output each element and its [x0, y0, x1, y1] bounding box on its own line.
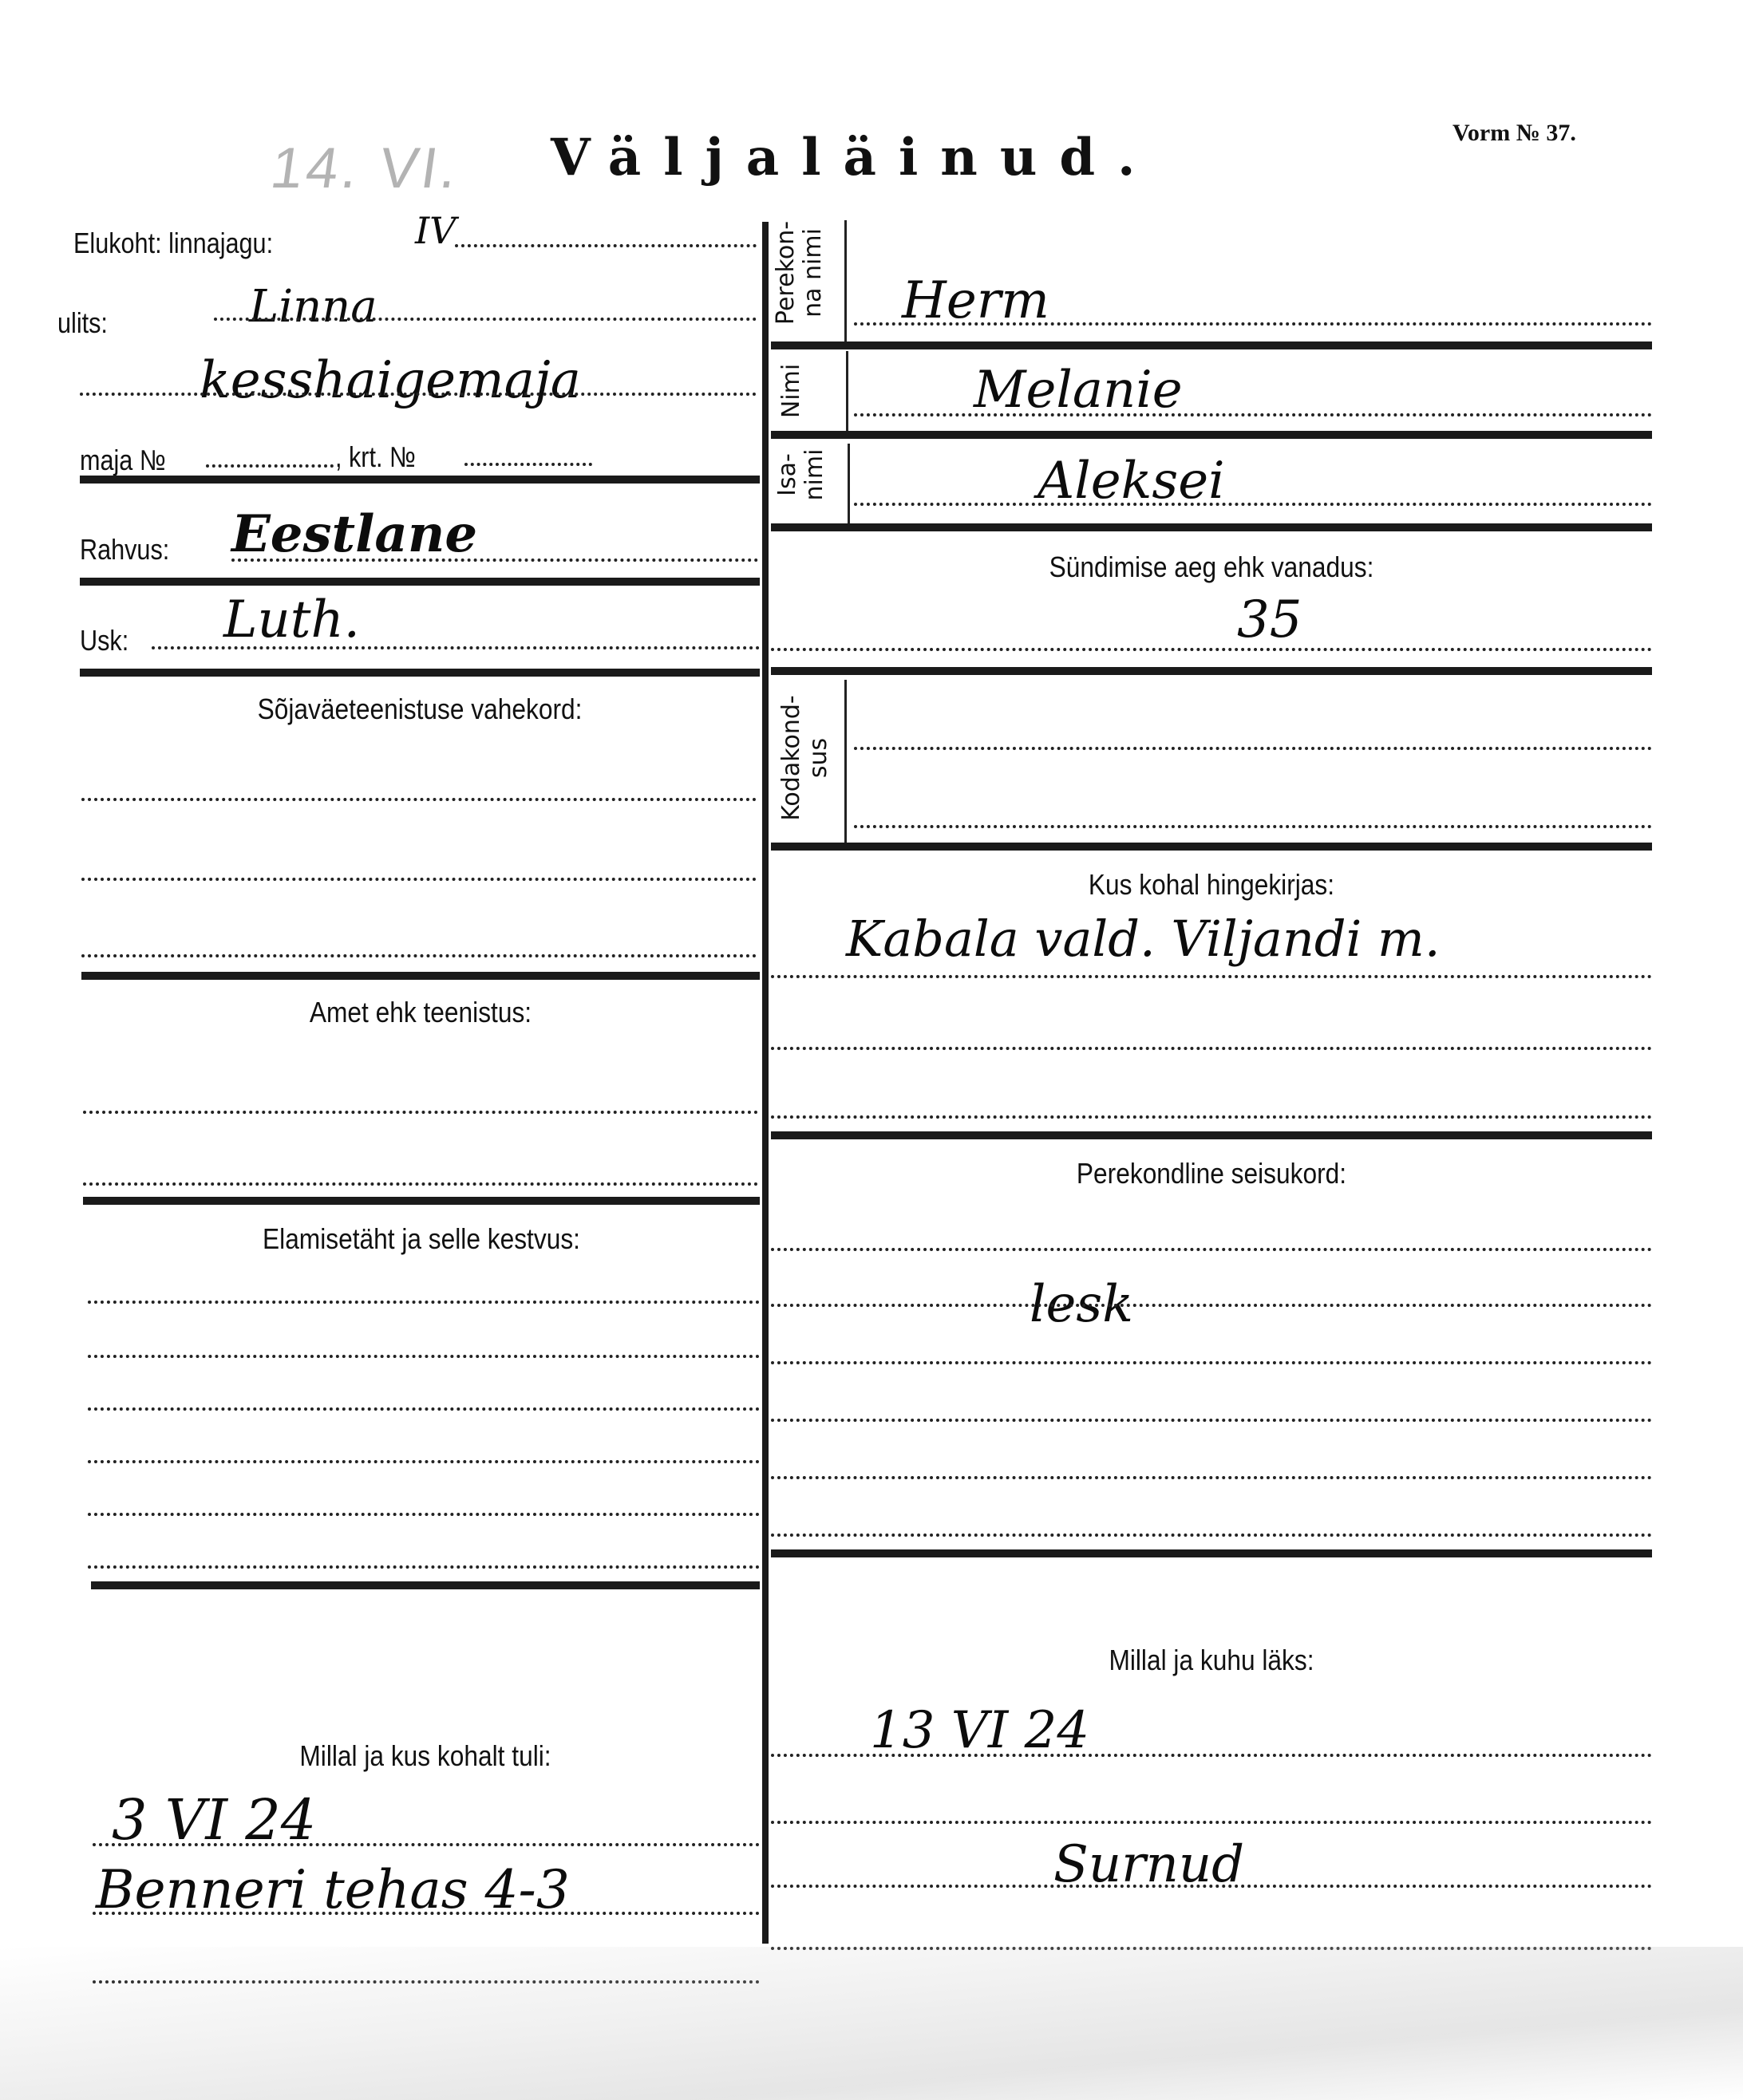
elamiseteht-line-6: [88, 1565, 760, 1569]
perekondline-line-1: [771, 1248, 1652, 1251]
laks-date[interactable]: 13 VI 24: [870, 1701, 1089, 1760]
amet-label: Amet ehk teenistus:: [122, 996, 719, 1029]
kodakondsus-line-2: [854, 825, 1652, 828]
hingekiri-line-2: [771, 1047, 1652, 1050]
hingekiri-line-3: [771, 1115, 1652, 1119]
sojavae-line-3: [81, 954, 757, 957]
ulits-line-2: [80, 393, 757, 396]
krt-line: [464, 463, 592, 466]
ulits-value-line2[interactable]: kesshaigemaja: [200, 351, 581, 410]
label-divider: [846, 351, 848, 431]
section-rule: [80, 578, 760, 586]
section-rule: [91, 1581, 760, 1589]
section-rule: [771, 341, 1652, 349]
tuli-label: Millal ja kus kohalt tuli:: [131, 1739, 719, 1773]
nimi-line: [854, 413, 1652, 416]
krt-label: , krt. №: [335, 440, 416, 474]
elukoht-label: Elukoht: linnajagu:: [73, 227, 273, 260]
amet-line-2: [83, 1182, 758, 1186]
perekondline-line-2: [771, 1304, 1652, 1307]
nimi-value[interactable]: Melanie: [974, 361, 1183, 420]
label-divider: [844, 680, 847, 847]
hingekiri-line-1: [771, 975, 1652, 978]
maja-label: maja №: [80, 444, 166, 477]
rahvus-line: [231, 559, 758, 562]
rahvus-value[interactable]: Eestlane: [231, 504, 477, 564]
isanimi-value[interactable]: Aleksei: [1037, 452, 1225, 511]
section-rule: [83, 1197, 760, 1205]
laks-line-2: [771, 1821, 1652, 1824]
elamiseteht-line-3: [88, 1407, 760, 1411]
ulits-line: [214, 318, 757, 321]
laks-line-3: [771, 1885, 1652, 1888]
hingekiri-label: Kus kohal hingekirjas:: [824, 868, 1599, 902]
section-rule: [771, 667, 1652, 675]
elamiseteht-line-5: [88, 1513, 760, 1516]
usk-line: [152, 646, 760, 649]
section-rule: [771, 1131, 1652, 1139]
hingekiri-value[interactable]: Kabala vald. Viljandi m.: [846, 910, 1441, 968]
form-number: Vorm № 37.: [1452, 120, 1576, 147]
kodakondsus-label: Kodakond- sus: [778, 678, 832, 838]
ulits-label: ulits:: [57, 306, 108, 340]
elamiseteht-line-2: [88, 1355, 760, 1358]
received-date-stamp: 14. VI.: [267, 136, 464, 201]
usk-value[interactable]: Luth.: [223, 590, 360, 649]
section-rule: [80, 476, 760, 484]
laks-label: Millal ja kuhu läks:: [824, 1644, 1599, 1677]
label-divider: [848, 444, 850, 523]
perekondline-line-6: [771, 1534, 1652, 1537]
amet-line-1: [83, 1111, 758, 1114]
kodakondsus-line-1: [854, 747, 1652, 750]
laks-line-1: [771, 1754, 1652, 1757]
elamiseteht-label: Elamisetäht ja selle kestvus:: [124, 1222, 719, 1256]
perekonnanimi-value[interactable]: Herm: [902, 271, 1049, 330]
perekonnanimi-line: [854, 322, 1652, 326]
isanimi-line: [854, 503, 1652, 506]
form-title: Väljaläinud.: [551, 128, 1157, 187]
perekondline-line-5: [771, 1476, 1652, 1479]
section-rule: [771, 1549, 1652, 1557]
perekondline-line-3: [771, 1361, 1652, 1364]
perekondline-line-4: [771, 1419, 1652, 1422]
paper-crease: [0, 1947, 1743, 2100]
sojavae-line-1: [81, 798, 757, 801]
elamiseteht-line-1: [88, 1301, 760, 1304]
perekonnanimi-label: Perekon- na nimi: [773, 209, 827, 337]
sojavae-label: Sõjaväeteenistuse vahekord:: [121, 693, 719, 726]
tuli-line-2: [93, 1912, 760, 1915]
ulits-value[interactable]: Linna: [249, 281, 377, 333]
label-divider: [844, 220, 847, 346]
sundimise-value[interactable]: 35: [1237, 590, 1302, 649]
section-rule: [771, 843, 1652, 851]
sundimise-line: [771, 648, 1652, 651]
isanimi-label: Isa- nimi: [774, 431, 828, 519]
section-rule: [81, 972, 760, 980]
tuli-line-1: [93, 1843, 760, 1846]
elamiseteht-line-4: [88, 1460, 760, 1463]
sojavae-line-2: [81, 878, 757, 881]
nimi-label: Nimi: [778, 351, 805, 431]
linnajagu-line: [455, 244, 757, 247]
maja-line: [206, 464, 334, 468]
sundimise-label: Sündimise aeg ehk vanadus:: [824, 551, 1599, 584]
section-rule: [771, 431, 1652, 439]
section-rule: [80, 669, 760, 677]
perekondline-label: Perekondline seisukord:: [824, 1157, 1599, 1190]
usk-label: Usk:: [80, 624, 128, 657]
section-rule: [771, 523, 1652, 531]
linnajagu-value[interactable]: IV: [415, 209, 456, 252]
rahvus-label: Rahvus:: [80, 533, 169, 566]
center-divider: [762, 222, 769, 1944]
